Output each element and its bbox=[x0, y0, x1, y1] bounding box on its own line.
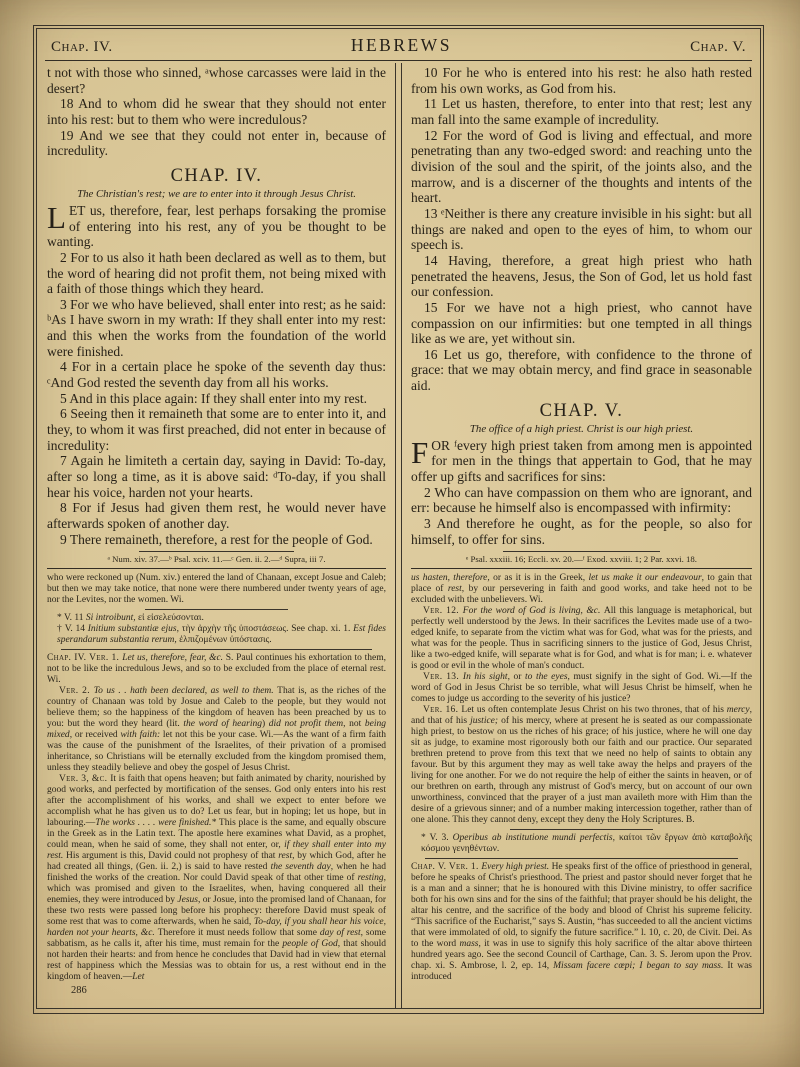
left-commentary: who were reckoned up (Num. xiv.) entered… bbox=[47, 573, 386, 997]
note-rule bbox=[61, 649, 373, 650]
scanned-page: Chap. IV. HEBREWS Chap. V. t not with th… bbox=[0, 0, 800, 1067]
verse: 2 For to us also it hath been declared a… bbox=[47, 250, 386, 297]
header-chapter-right: Chap. V. bbox=[690, 39, 746, 56]
drop-cap: F bbox=[411, 438, 431, 465]
page-title: HEBREWS bbox=[351, 35, 452, 56]
verse: t not with those who sinned, ᵃwhose carc… bbox=[47, 65, 386, 96]
commentary-paragraph: Ver. 2. To us . . hath been declared, as… bbox=[47, 686, 386, 774]
header-chapter-left: Chap. IV. bbox=[51, 39, 113, 56]
commentary-divider bbox=[47, 568, 386, 569]
header-divider bbox=[45, 60, 752, 61]
verse-text: ET us, therefore, fear, lest perhaps for… bbox=[47, 203, 386, 249]
commentary-paragraph: Chap. IV. Ver. 1. Let us, therefore, fea… bbox=[47, 653, 386, 686]
right-scripture: 10 For he who is entered into his rest: … bbox=[411, 65, 752, 547]
verse: FOR ᶠevery high priest taken from among … bbox=[411, 438, 752, 485]
commentary-paragraph: who were reckoned up (Num. xiv.) entered… bbox=[47, 573, 386, 606]
footnote-references: ᵃ Num. xiv. 37.—ᵇ Psal. xciv. 11.—ᶜ Gen.… bbox=[47, 554, 386, 565]
page-frame-inner: Chap. IV. HEBREWS Chap. V. t not with th… bbox=[36, 28, 761, 1009]
footnote-rule bbox=[139, 551, 295, 552]
commentary-paragraph: Chap. V. Ver. 1. Every high priest. He s… bbox=[411, 862, 752, 983]
commentary-paragraph: Ver. 16. Let us often contemplate Jesus … bbox=[411, 705, 752, 826]
footnote-references: ᵉ Psal. xxxiii. 16; Eccli. xv. 20.—ᶠ Exo… bbox=[411, 554, 752, 565]
verse: 14 Having, therefore, a great high pries… bbox=[411, 253, 752, 300]
verse: 8 For if Jesus had given them rest, he w… bbox=[47, 500, 386, 531]
verse: 5 And in this place again: If they shall… bbox=[47, 391, 386, 407]
chapter-heading: CHAP. V. bbox=[411, 401, 752, 422]
verse: 11 Let us hasten, therefore, to enter in… bbox=[411, 96, 752, 127]
page-header: Chap. IV. HEBREWS Chap. V. bbox=[43, 31, 754, 58]
commentary-divider bbox=[411, 568, 752, 569]
right-column: 10 For he who is entered into his rest: … bbox=[401, 63, 754, 1008]
greek-note: * V. 3. Operibus ab institutione mundi p… bbox=[411, 833, 752, 855]
verse: 13 ᵉNeither is there any creature invisi… bbox=[411, 206, 752, 253]
note-rule bbox=[145, 609, 287, 610]
verse: 9 There remaineth, therefore, a rest for… bbox=[47, 532, 386, 548]
commentary-paragraph: Ver. 12. For the word of God is living, … bbox=[411, 606, 752, 672]
chapter-heading: CHAP. IV. bbox=[47, 166, 386, 187]
verse: 7 Again he limiteth a certain day, sayin… bbox=[47, 453, 386, 500]
note-rule bbox=[510, 829, 653, 830]
verse: 2 Who can have compassion on them who ar… bbox=[411, 485, 752, 516]
verse: 3 For we who have believed, shall enter … bbox=[47, 297, 386, 360]
left-scripture: t not with those who sinned, ᵃwhose carc… bbox=[47, 65, 386, 547]
verse: 19 And we see that they could not enter … bbox=[47, 128, 386, 159]
chapter-summary: The Christian's rest; we are to enter in… bbox=[47, 188, 386, 201]
verse: 18 And to whom did he swear that they sh… bbox=[47, 96, 386, 127]
verse: 6 Seeing then it remaineth that some are… bbox=[47, 406, 386, 453]
chapter-summary: The office of a high priest. Christ is o… bbox=[411, 423, 752, 436]
verse: 16 Let us go, therefore, with confidence… bbox=[411, 347, 752, 394]
page-number: 286 bbox=[47, 985, 386, 996]
commentary-paragraph: us hasten, therefore, or as it is in the… bbox=[411, 573, 752, 606]
verse: 10 For he who is entered into his rest: … bbox=[411, 65, 752, 96]
text-columns: t not with those who sinned, ᵃwhose carc… bbox=[43, 63, 754, 1008]
commentary-paragraph: Ver. 13. In his sight, or to the eyes, m… bbox=[411, 672, 752, 705]
right-commentary: us hasten, therefore, or as it is in the… bbox=[411, 573, 752, 984]
verse: LET us, therefore, fear, lest perhaps fo… bbox=[47, 203, 386, 250]
verse: 15 For we have not a high priest, who ca… bbox=[411, 300, 752, 347]
verse-text: OR ᶠevery high priest taken from among m… bbox=[411, 438, 752, 484]
verse: 12 For the word of God is living and eff… bbox=[411, 128, 752, 206]
verse: 3 And therefore he ought, as for the peo… bbox=[411, 516, 752, 547]
greek-note: * V. 11 Si introibunt, εἰ εἰσελεύσονται. bbox=[47, 613, 386, 624]
page-frame: Chap. IV. HEBREWS Chap. V. t not with th… bbox=[33, 25, 764, 1014]
footnote-rule bbox=[503, 551, 660, 552]
commentary-paragraph: Ver. 3, &c. It is faith that opens heave… bbox=[47, 774, 386, 983]
verse: 4 For in a certain place he spoke of the… bbox=[47, 359, 386, 390]
left-column: t not with those who sinned, ᵃwhose carc… bbox=[43, 63, 396, 1008]
note-rule bbox=[425, 858, 739, 859]
greek-note: † V. 14 Initium substantiæ ejus, τὴν ἀρχ… bbox=[47, 624, 386, 646]
drop-cap: L bbox=[47, 203, 69, 230]
